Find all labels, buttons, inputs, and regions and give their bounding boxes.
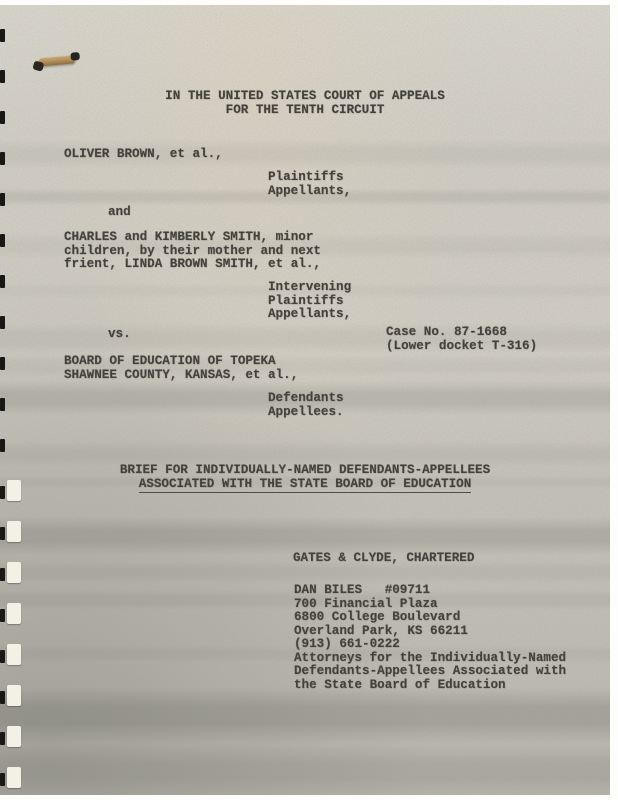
court-header-line2: FOR THE TENTH CIRCUIT [0, 104, 610, 118]
defendant-role-line1: Defendants [268, 392, 344, 406]
intervenor-role: Intervening Plaintiffs Appellants, [268, 281, 351, 322]
attorney-role-line2: Defendants-Appellees Associated with [294, 665, 566, 679]
intervenor-name-line3: frient, LINDA BROWN SMITH, et al., [64, 258, 321, 272]
binding-tick [0, 773, 5, 786]
binding-hole [7, 521, 21, 542]
intervenor-role-line1: Intervening [268, 281, 351, 295]
case-number: Case No. 87-1668 (Lower docket T-316) [386, 326, 537, 353]
binding-tick [0, 486, 5, 499]
binding-tick [0, 111, 5, 124]
binding-hole [7, 685, 21, 706]
brass-fastener-right-end [70, 52, 80, 61]
brass-fastener [32, 50, 80, 72]
intervenor-role-line3: Appellants, [268, 308, 351, 322]
defendant-name: BOARD OF EDUCATION OF TOPEKA SHAWNEE COU… [64, 355, 298, 382]
binding-hole [7, 726, 21, 747]
attorney-role-line1: Attorneys for the Individually-Named [294, 652, 566, 666]
binding-tick [0, 398, 5, 411]
plaintiff-role-line1: Plaintiffs [268, 171, 351, 185]
binding-hole [7, 644, 21, 665]
brief-title: BRIEF FOR INDIVIDUALLY-NAMED DEFENDANTS-… [0, 464, 610, 493]
binding-hole [7, 480, 21, 501]
binding-tick [0, 275, 5, 288]
defendant-role-line2: Appellees. [268, 406, 344, 420]
binding-tick [0, 357, 5, 370]
binding-tick [0, 691, 5, 704]
attorney-phone: (913) 661-0222 [294, 638, 566, 652]
attorney-address-line2: 6800 College Boulevard [294, 611, 566, 625]
versus-label: vs. [108, 328, 131, 342]
binding-tick [0, 439, 5, 452]
court-header-line1: IN THE UNITED STATES COURT OF APPEALS [0, 90, 610, 104]
attorney-address-line1: 700 Financial Plaza [294, 598, 566, 612]
binding-hole [7, 562, 21, 583]
brief-title-line2: ASSOCIATED WITH THE STATE BOARD OF EDUCA… [139, 478, 472, 493]
brass-fastener-left-end [32, 60, 44, 71]
brief-title-line1: BRIEF FOR INDIVIDUALLY-NAMED DEFENDANTS-… [0, 464, 610, 478]
binding-tick [0, 152, 5, 165]
plaintiff-role: Plaintiffs Appellants, [268, 171, 351, 198]
intervenor-role-line2: Plaintiffs [268, 295, 351, 309]
intervenor-name-line1: CHARLES and KIMBERLY SMITH, minor [64, 231, 321, 245]
intervenor-name-line2: children, by their mother and next [64, 245, 321, 259]
attorney-block: DAN BILES #09711 700 Financial Plaza 680… [294, 584, 566, 692]
attorney-name-and-bar-number: DAN BILES #09711 [294, 584, 566, 598]
defendant-role: Defendants Appellees. [268, 392, 344, 419]
attorney-role-line3: the State Board of Education [294, 679, 566, 693]
scanned-brief-cover-page: IN THE UNITED STATES COURT OF APPEALS FO… [0, 0, 618, 800]
case-number-line2: (Lower docket T-316) [386, 340, 537, 354]
photocopy-band [0, 745, 610, 795]
binding-tick [0, 234, 5, 247]
binding-tick [0, 609, 5, 622]
binding-tick [0, 29, 5, 42]
law-firm-name: GATES & CLYDE, CHARTERED [293, 552, 474, 566]
defendant-name-line1: BOARD OF EDUCATION OF TOPEKA [64, 355, 298, 369]
binding-tick [0, 316, 5, 329]
binding-tick [0, 732, 5, 745]
binding-tick [0, 650, 5, 663]
binding-hole [7, 603, 21, 624]
case-number-line1: Case No. 87-1668 [386, 326, 537, 340]
binding-hole [7, 767, 21, 788]
photocopy-band [0, 687, 610, 743]
defendant-name-line2: SHAWNEE COUNTY, KANSAS, et al., [64, 369, 298, 383]
plaintiff-role-line2: Appellants, [268, 185, 351, 199]
attorney-address-line3: Overland Park, KS 66211 [294, 625, 566, 639]
binding-tick [0, 193, 5, 206]
caption-connector: and [108, 206, 131, 220]
binding-tick [0, 70, 5, 83]
binding-tick [0, 527, 5, 540]
binding-tick [0, 568, 5, 581]
photocopied-page: IN THE UNITED STATES COURT OF APPEALS FO… [0, 5, 610, 795]
court-header: IN THE UNITED STATES COURT OF APPEALS FO… [0, 90, 610, 117]
plaintiff-name: OLIVER BROWN, et al., [64, 148, 223, 162]
intervenor-name: CHARLES and KIMBERLY SMITH, minor childr… [64, 231, 321, 272]
photocopy-band [0, 517, 610, 555]
